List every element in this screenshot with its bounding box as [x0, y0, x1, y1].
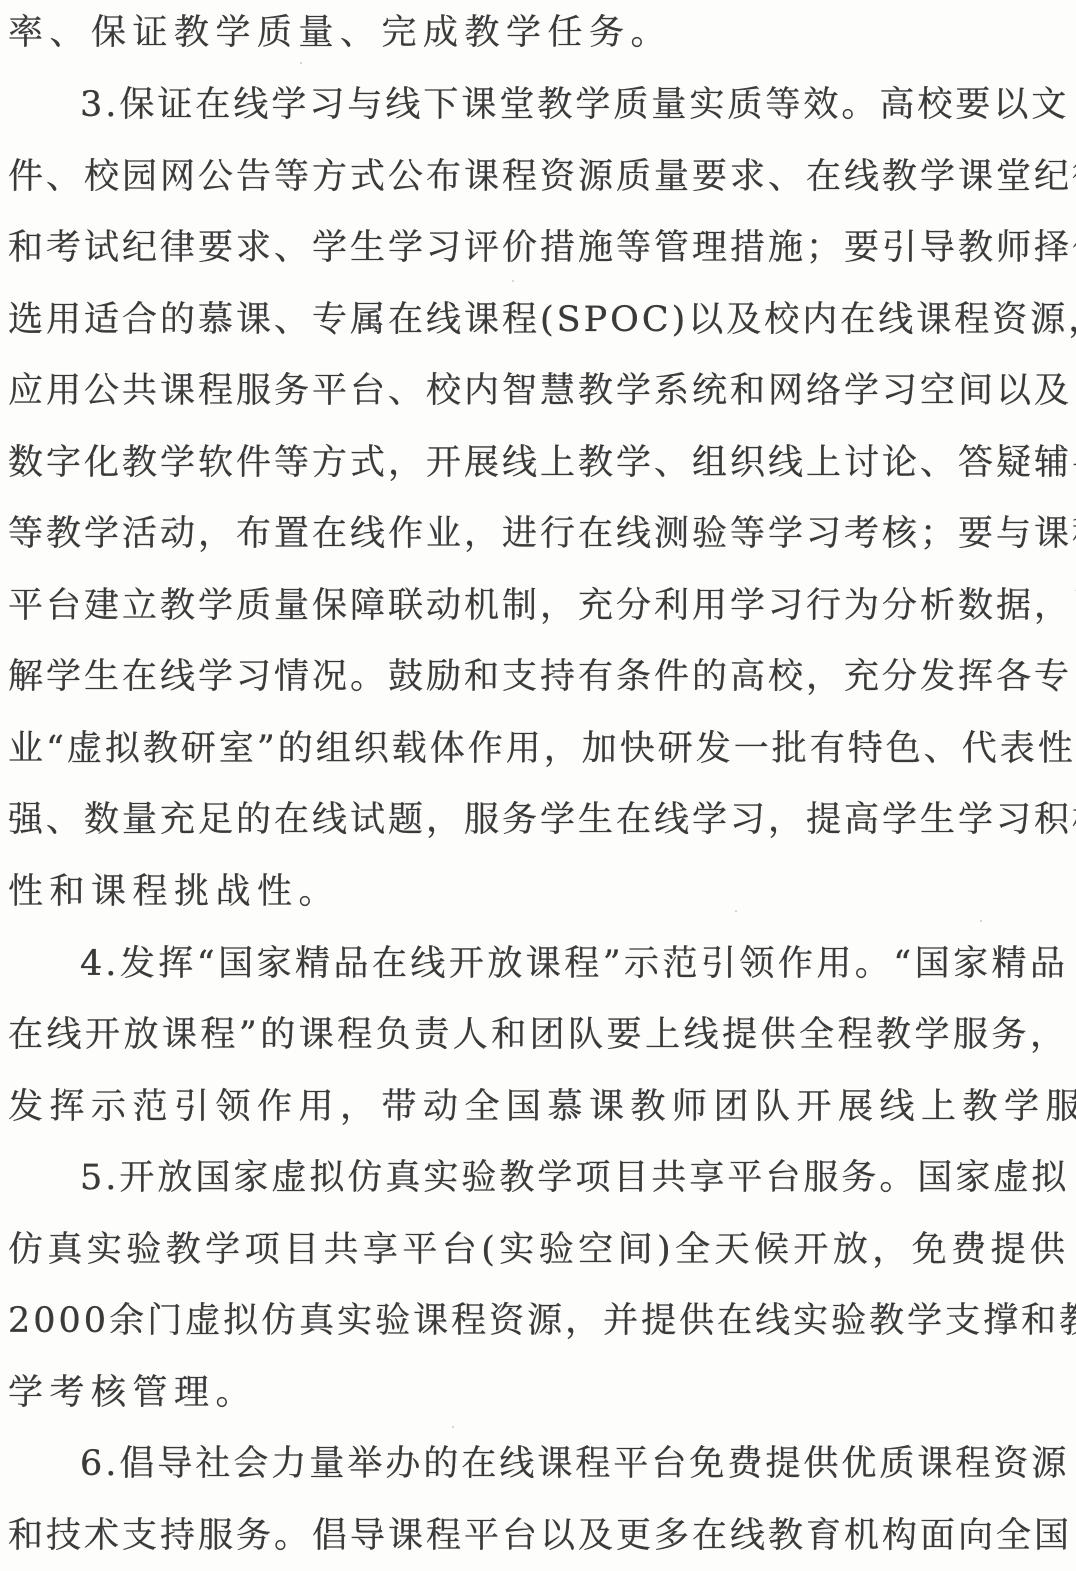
- text-line-11: 业“虚拟教研室”的组织载体作用，加快研发一批有特色、代表性: [8, 724, 1068, 774]
- text-line-7: 数字化教学软件等方式，开展线上教学、组织线上讨论、答疑辅导: [8, 438, 1068, 488]
- text-line-6: 应用公共课程服务平台、校内智慧教学系统和网络学习空间以及: [8, 366, 1068, 416]
- text-line-5: 选用适合的慕课、专属在线课程(SPOC)以及校内在线课程资源，: [8, 295, 1068, 345]
- section-5-heading-line: 5.开放国家虚拟仿真实验教学项目共享平台服务。国家虚拟: [80, 1153, 1068, 1203]
- text-line-9: 平台建立教学质量保障联动机制，充分利用学习行为分析数据，了: [8, 581, 1068, 631]
- section-6-heading-line: 6.倡导社会力量举办的在线课程平台免费提供优质课程资源: [80, 1439, 1068, 1489]
- text-line-16: 发挥示范引领作用，带动全国慕课教师团队开展线上教学服务。: [8, 1082, 1068, 1132]
- scan-speck: [300, 62, 302, 64]
- section-4-heading-line: 4.发挥“国家精品在线开放课程”示范引领作用。“国家精品: [80, 939, 1068, 989]
- section-3-heading-line: 3.保证在线学习与线下课堂教学质量实质等效。高校要以文: [80, 80, 1068, 130]
- scan-speck: [980, 920, 982, 922]
- text-line-22: 和技术支持服务。倡导课程平台以及更多在线教育机构面向全国: [8, 1511, 1068, 1561]
- text-line-12: 强、数量充足的在线试题，服务学生在线学习，提高学生学习积极: [8, 795, 1068, 845]
- text-line-8: 等教学活动，布置在线作业，进行在线测验等学习考核；要与课程: [8, 509, 1068, 559]
- text-line-15: 在线开放课程”的课程负责人和团队要上线提供全程教学服务，: [8, 1010, 1068, 1060]
- text-line-18: 仿真实验教学项目共享平台(实验空间)全天候开放，免费提供: [8, 1225, 1068, 1275]
- scan-speck: [512, 280, 514, 282]
- text-line-4: 和考试纪律要求、学生学习评价措施等管理措施；要引导教师择优: [8, 223, 1068, 273]
- text-line-20: 学考核管理。: [8, 1368, 1068, 1418]
- text-line-1: 率、保证教学质量、完成教学任务。: [8, 8, 1068, 58]
- scan-speck: [452, 1426, 454, 1428]
- text-line-3: 件、校园网公告等方式公布课程资源质量要求、在线教学课堂纪律: [8, 152, 1068, 202]
- text-line-19: 2000余门虚拟仿真实验课程资源，并提供在线实验教学支撑和教: [8, 1296, 1068, 1346]
- text-line-10: 解学生在线学习情况。鼓励和支持有条件的高校，充分发挥各专: [8, 652, 1068, 702]
- scan-speck: [735, 910, 737, 912]
- text-line-13: 性和课程挑战性。: [8, 867, 1068, 917]
- scanned-document-page: 率、保证教学质量、完成教学任务。 3.保证在线学习与线下课堂教学质量实质等效。高…: [0, 0, 1076, 1571]
